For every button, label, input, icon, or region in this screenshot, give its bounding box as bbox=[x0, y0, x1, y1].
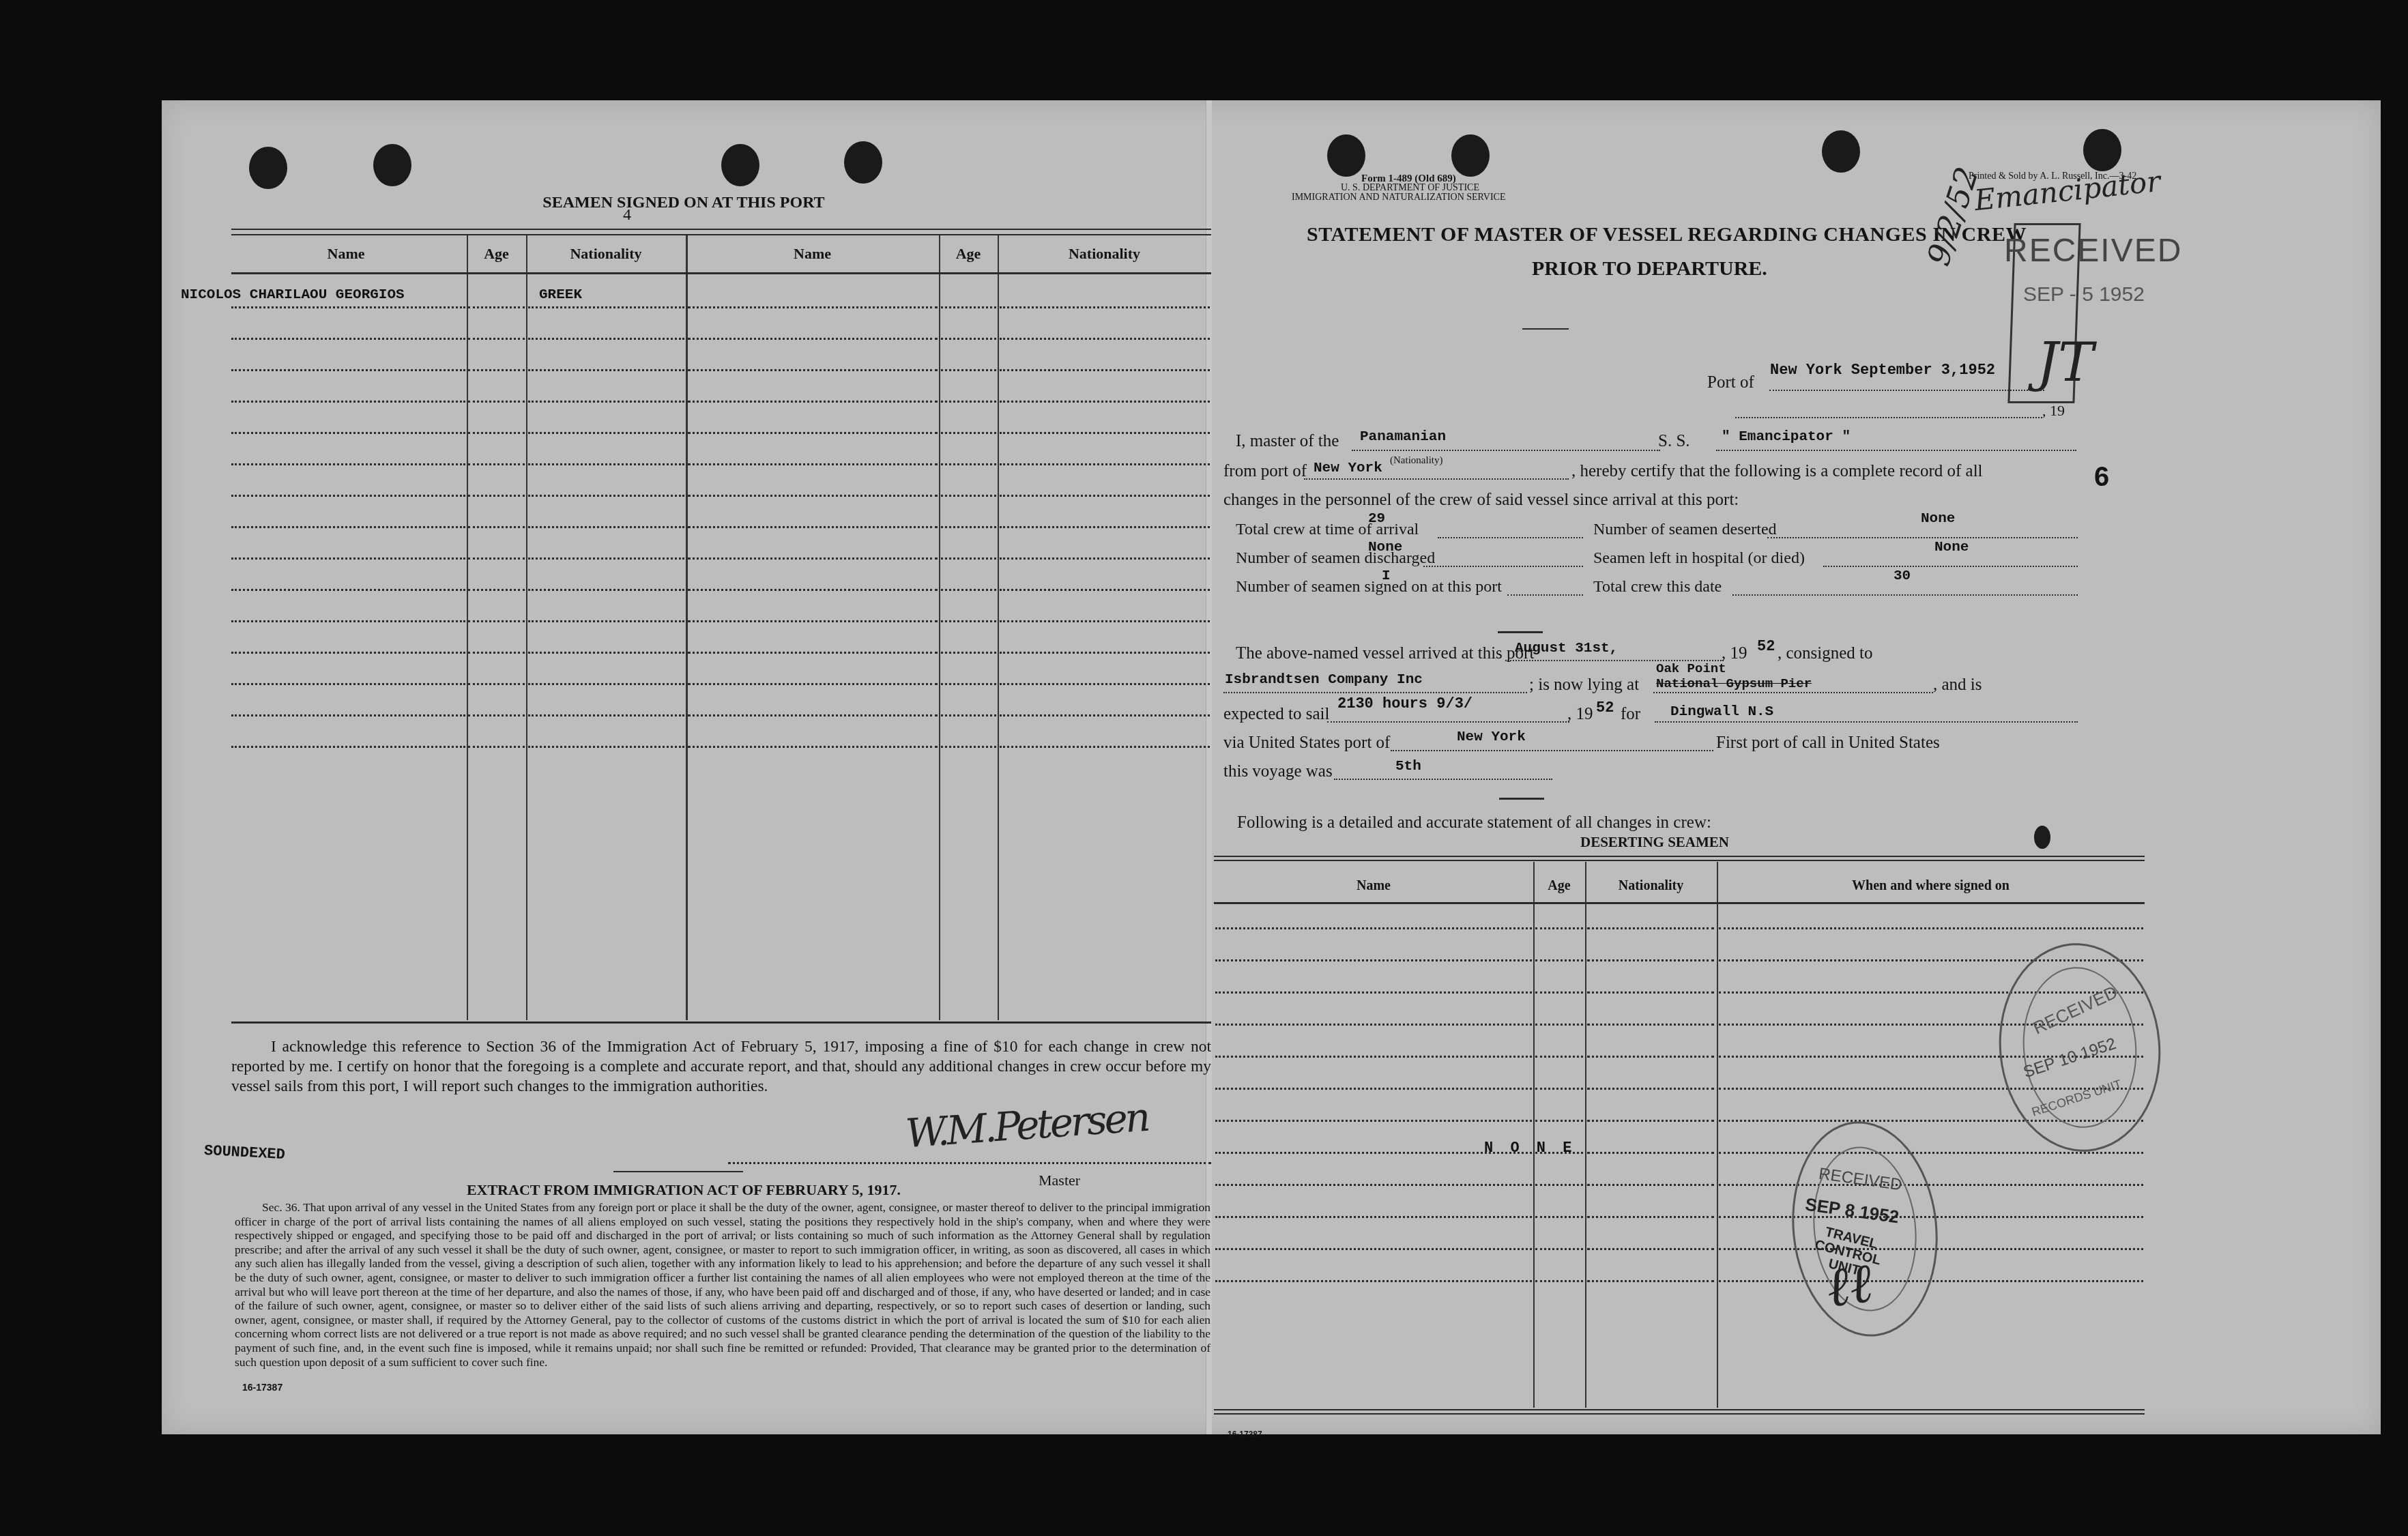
arrival-date: August 31st, bbox=[1515, 641, 1618, 656]
extract-title: EXTRACT FROM IMMIGRATION ACT OF FEBRUARY… bbox=[162, 1181, 1206, 1199]
row-line bbox=[941, 401, 996, 403]
stat-value: None bbox=[1368, 540, 1402, 555]
row-line bbox=[688, 589, 938, 591]
row-line bbox=[528, 714, 684, 716]
stat-label: Number of seamen deserted bbox=[1593, 521, 1777, 539]
none-entry: N O N E bbox=[1484, 1140, 1576, 1157]
row-line bbox=[1215, 1216, 1532, 1218]
row-line bbox=[1535, 927, 1583, 929]
row-line bbox=[688, 714, 938, 716]
row-line bbox=[1000, 526, 1210, 528]
row-line bbox=[468, 495, 525, 497]
row-line bbox=[1587, 1248, 1714, 1250]
row-line bbox=[1215, 959, 1532, 961]
via-prefix: via United States port of bbox=[1223, 734, 1390, 753]
row-line bbox=[468, 557, 525, 560]
row-line bbox=[688, 495, 938, 497]
row-line bbox=[231, 683, 465, 685]
document-sheet: 4 SEAMEN SIGNED ON AT THIS PORT Name Age… bbox=[162, 100, 2381, 1434]
for-label: for bbox=[1621, 705, 1640, 724]
row-line bbox=[231, 369, 465, 371]
row-line bbox=[688, 338, 938, 340]
row-line bbox=[1587, 1056, 1714, 1058]
form-code: 16-17387 bbox=[242, 1382, 282, 1393]
row-line bbox=[1000, 683, 1210, 685]
row-line bbox=[1000, 746, 1210, 748]
consigned-label: , consigned to bbox=[1778, 644, 1873, 663]
row-line bbox=[1587, 1024, 1714, 1026]
sail-value: 2130 hours 9/3/ bbox=[1337, 695, 1473, 712]
row-line bbox=[231, 338, 465, 340]
voyage-value: 5th bbox=[1395, 759, 1421, 774]
row-line bbox=[941, 683, 996, 685]
form-title-line2: PRIOR TO DEPARTURE. bbox=[1532, 257, 1767, 280]
row-line bbox=[1000, 620, 1210, 622]
row-line bbox=[1535, 1280, 1583, 1282]
deserting-col-nationality: Nationality bbox=[1585, 878, 1717, 894]
row-line bbox=[941, 463, 996, 465]
row-line bbox=[1719, 927, 2143, 929]
col-header-name: Name bbox=[230, 245, 462, 263]
row-line bbox=[688, 432, 938, 434]
row-line bbox=[1000, 557, 1210, 560]
row-line bbox=[468, 620, 525, 622]
row-line bbox=[528, 495, 684, 497]
following-statement: Following is a detailed and accurate sta… bbox=[1237, 813, 1711, 832]
row-line bbox=[231, 463, 465, 465]
row-line bbox=[1719, 1184, 2143, 1186]
row-line bbox=[528, 369, 684, 371]
stat-label: Number of seamen signed on at this port bbox=[1236, 578, 1502, 596]
col-header-nationality-2: Nationality bbox=[998, 245, 1211, 263]
row-line bbox=[941, 432, 996, 434]
row-line bbox=[231, 526, 465, 528]
ss-label: S. S. bbox=[1658, 432, 1690, 451]
row-line bbox=[1000, 338, 1210, 340]
extract-text: Sec. 36. That upon arrival of any vessel… bbox=[235, 1200, 1210, 1369]
row-line bbox=[468, 463, 525, 465]
row-line bbox=[1000, 369, 1210, 371]
row-line bbox=[1535, 1216, 1583, 1218]
row-line bbox=[231, 401, 465, 403]
destination: Dingwall N.S bbox=[1670, 704, 1773, 720]
from-port-prefix: from port of bbox=[1223, 462, 1307, 481]
right-page: Form 1-489 (Old 689) U. S. DEPARTMENT OF… bbox=[1211, 100, 2381, 1434]
row-line bbox=[688, 620, 938, 622]
row-line bbox=[688, 526, 938, 528]
arrival-year: 52 bbox=[1757, 638, 1775, 655]
row-line bbox=[1587, 1088, 1714, 1090]
row-line bbox=[1215, 1248, 1532, 1250]
stat-label: Number of seamen discharged bbox=[1236, 549, 1435, 568]
row-line bbox=[1000, 652, 1210, 654]
via-port: New York bbox=[1457, 729, 1526, 745]
row-line bbox=[231, 557, 465, 560]
via-suffix: First port of call in United States bbox=[1716, 734, 1940, 753]
row-line bbox=[231, 746, 465, 748]
row-line bbox=[1535, 1024, 1583, 1026]
from-port-value: New York bbox=[1314, 461, 1382, 476]
col-header-nationality: Nationality bbox=[526, 245, 686, 263]
lying-label: ; is now lying at bbox=[1529, 676, 1639, 695]
row-line bbox=[1215, 1024, 1532, 1026]
voyage-prefix: this voyage was bbox=[1223, 762, 1333, 781]
row-line bbox=[231, 620, 465, 622]
row-line bbox=[1535, 1088, 1583, 1090]
row-line bbox=[1215, 1120, 1532, 1122]
row-line bbox=[688, 463, 938, 465]
soundexed-stamp: SOUNDEXED bbox=[203, 1142, 285, 1163]
row-line bbox=[941, 589, 996, 591]
row-line bbox=[1000, 463, 1210, 465]
row-line bbox=[1535, 1248, 1583, 1250]
sail-year-label: , 19 bbox=[1567, 705, 1593, 724]
vessel-nationality: Panamanian bbox=[1360, 429, 1446, 445]
deserting-col-signed-on: When and where signed on bbox=[1717, 878, 2145, 894]
row-line bbox=[1000, 306, 1210, 308]
lying-at-struck: National Gypsum Pier bbox=[1656, 676, 1812, 691]
left-page-title: SEAMEN SIGNED ON AT THIS PORT bbox=[162, 194, 1206, 212]
row-line bbox=[688, 746, 938, 748]
stat-value: 29 bbox=[1368, 511, 1385, 527]
row-line bbox=[1215, 1056, 1532, 1058]
row-line bbox=[528, 589, 684, 591]
consignee: Isbrandtsen Company Inc bbox=[1225, 672, 1423, 688]
row-line bbox=[468, 432, 525, 434]
row-line bbox=[528, 683, 684, 685]
stat-label: Total crew this date bbox=[1593, 578, 1722, 596]
master-signature: W.M.Petersen bbox=[904, 1094, 1149, 1157]
received-stamp-label: RECEIVED bbox=[2004, 232, 2141, 270]
row-line bbox=[468, 369, 525, 371]
row-line bbox=[1215, 1184, 1532, 1186]
acknowledgement-text: I acknowledge this reference to Section … bbox=[231, 1037, 1211, 1097]
row-line bbox=[1000, 714, 1210, 716]
row-line bbox=[941, 338, 996, 340]
arrival-year-label: , 19 bbox=[1722, 644, 1747, 663]
row-line bbox=[231, 652, 465, 654]
row-line bbox=[468, 589, 525, 591]
row-line bbox=[231, 306, 465, 308]
row-line bbox=[468, 714, 525, 716]
seaman-name: NICOLOS CHARILAOU GEORGIOS bbox=[181, 287, 405, 303]
service-label: IMMIGRATION AND NATURALIZATION SERVICE bbox=[1292, 192, 1505, 203]
row-line bbox=[1215, 927, 1532, 929]
row-line bbox=[1215, 991, 1532, 994]
changes-statement: changes in the personnel of the crew of … bbox=[1223, 491, 1739, 510]
stat-label: Total crew at time of arrival bbox=[1236, 521, 1419, 539]
row-line bbox=[231, 495, 465, 497]
row-line bbox=[1535, 959, 1583, 961]
row-line bbox=[688, 652, 938, 654]
col-header-age: Age bbox=[467, 245, 526, 263]
handwritten-initials: JT bbox=[2037, 332, 2093, 394]
row-line bbox=[1000, 432, 1210, 434]
deserting-seamen-title: DESERTING SEAMEN bbox=[1211, 834, 2098, 851]
row-line bbox=[468, 401, 525, 403]
row-line bbox=[1587, 1216, 1714, 1218]
lying-at-typed: Oak Point bbox=[1656, 661, 1726, 676]
row-line bbox=[941, 369, 996, 371]
row-line bbox=[1535, 1120, 1583, 1122]
row-line bbox=[528, 620, 684, 622]
row-line bbox=[688, 401, 938, 403]
right-form-code: 16-17387 bbox=[1228, 1430, 1262, 1439]
row-line bbox=[1000, 495, 1210, 497]
and-is-label: , and is bbox=[1933, 676, 1982, 695]
row-line bbox=[1587, 1120, 1714, 1122]
row-line bbox=[688, 683, 938, 685]
row-line bbox=[231, 432, 465, 434]
port-label: Port of bbox=[1707, 373, 1754, 392]
row-line bbox=[688, 557, 938, 560]
vessel-name: " Emancipator " bbox=[1722, 429, 1851, 445]
row-line bbox=[468, 338, 525, 340]
row-line bbox=[1535, 1056, 1583, 1058]
row-line bbox=[1587, 1280, 1714, 1282]
row-line bbox=[468, 652, 525, 654]
received-stamp-date: SEP - 5 1952 bbox=[2023, 283, 2145, 306]
margin-number: 6 bbox=[2094, 462, 2109, 493]
row-line bbox=[528, 306, 684, 308]
row-line bbox=[528, 652, 684, 654]
row-line bbox=[941, 652, 996, 654]
deserting-col-name: Name bbox=[1214, 878, 1533, 894]
row-line bbox=[528, 463, 684, 465]
col-header-age-2: Age bbox=[939, 245, 998, 263]
seaman-nationality: GREEK bbox=[539, 287, 582, 303]
row-line bbox=[528, 746, 684, 748]
port-value: New York September 3,1952 bbox=[1770, 362, 1995, 379]
row-line bbox=[1000, 589, 1210, 591]
row-line bbox=[468, 746, 525, 748]
port-year-prefix: , 19 bbox=[2042, 402, 2065, 420]
row-line bbox=[688, 369, 938, 371]
row-line bbox=[1719, 1152, 2143, 1154]
row-line bbox=[1000, 401, 1210, 403]
row-line bbox=[1215, 1088, 1532, 1090]
stat-value: None bbox=[1934, 540, 1969, 555]
row-line bbox=[231, 714, 465, 716]
sail-year: 52 bbox=[1596, 699, 1614, 716]
sail-prefix: expected to sail bbox=[1223, 705, 1330, 724]
row-line bbox=[941, 495, 996, 497]
row-line bbox=[941, 620, 996, 622]
nationality-caption: (Nationality) bbox=[1390, 455, 1442, 467]
row-line bbox=[1587, 959, 1714, 961]
row-line bbox=[1215, 1280, 1532, 1282]
row-line bbox=[941, 746, 996, 748]
row-line bbox=[1587, 1152, 1714, 1154]
row-line bbox=[941, 714, 996, 716]
row-line bbox=[1587, 927, 1714, 929]
stat-value: None bbox=[1921, 511, 1955, 527]
col-header-name-2: Name bbox=[686, 245, 939, 263]
row-line bbox=[231, 589, 465, 591]
left-page: 4 SEAMEN SIGNED ON AT THIS PORT Name Age… bbox=[162, 100, 1206, 1434]
row-line bbox=[941, 306, 996, 308]
form-title-line1: STATEMENT OF MASTER OF VESSEL REGARDING … bbox=[1307, 223, 2027, 246]
inspector-initials: ℓℓ bbox=[1823, 1251, 1876, 1320]
row-line bbox=[468, 683, 525, 685]
stat-value: I bbox=[1382, 568, 1391, 584]
row-line bbox=[1535, 1184, 1583, 1186]
row-line bbox=[468, 526, 525, 528]
row-line bbox=[528, 557, 684, 560]
row-line bbox=[941, 526, 996, 528]
row-line bbox=[528, 338, 684, 340]
master-prefix: I, master of the bbox=[1236, 432, 1339, 451]
row-line bbox=[528, 432, 684, 434]
arrival-prefix: The above-named vessel arrived at this p… bbox=[1236, 644, 1534, 663]
row-line bbox=[688, 306, 938, 308]
row-line bbox=[528, 526, 684, 528]
row-line bbox=[1587, 1184, 1714, 1186]
stat-label: Seamen left in hospital (or died) bbox=[1593, 549, 1805, 568]
row-line bbox=[528, 401, 684, 403]
deserting-col-age: Age bbox=[1533, 878, 1585, 894]
row-line bbox=[468, 306, 525, 308]
signature-line bbox=[728, 1162, 1211, 1164]
row-line bbox=[1535, 991, 1583, 994]
from-port-suffix: , hereby certify that the following is a… bbox=[1571, 462, 1983, 481]
stat-value: 30 bbox=[1894, 568, 1911, 584]
row-line bbox=[941, 557, 996, 560]
row-line bbox=[1587, 991, 1714, 994]
